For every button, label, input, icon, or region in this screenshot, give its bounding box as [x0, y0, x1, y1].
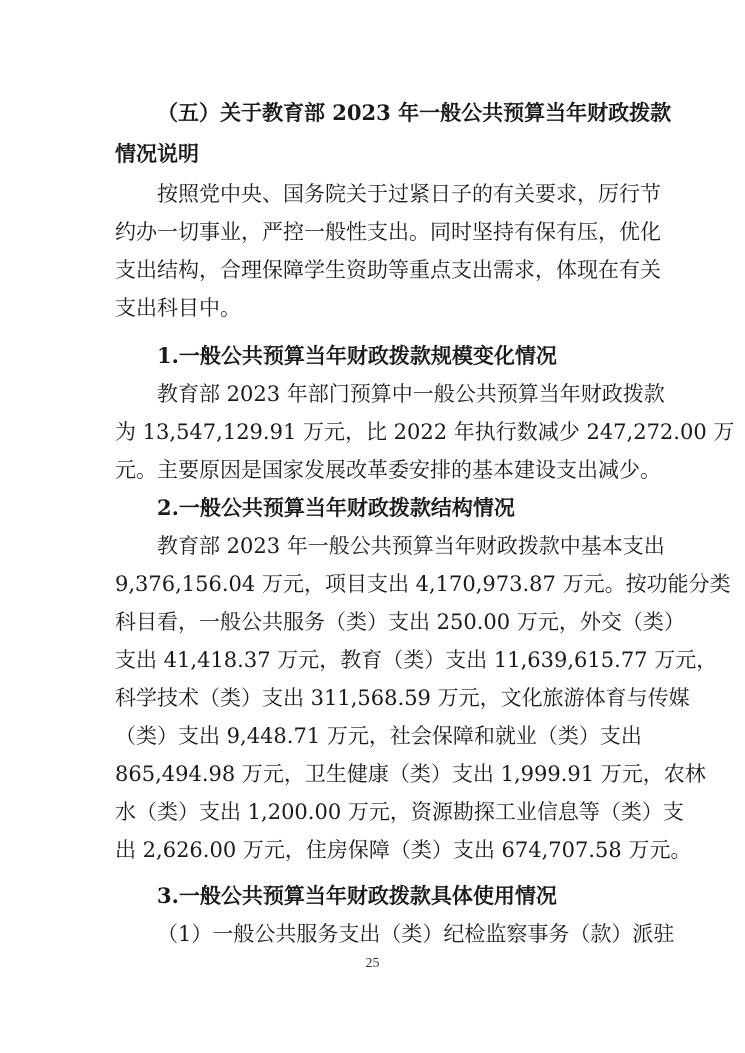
- subsection2-line: 9,376,156.04 万元，项目支出 4,170,973.87 万元。按功能…: [115, 571, 633, 597]
- subsection1-title: 1.一般公共预算当年财政拨款规模变化情况: [157, 343, 633, 369]
- subsection2-line: 科目看，一般公共服务（类）支出 250.00 万元，外交（类）: [115, 609, 633, 635]
- subsection1-line: 教育部 2023 年部门预算中一般公共预算当年财政拨款: [157, 381, 633, 407]
- section-heading-line1: （五）关于教育部 2023 年一般公共预算当年财政拨款: [157, 100, 633, 126]
- subsection3-title: 3.一般公共预算当年财政拨款具体使用情况: [157, 883, 633, 909]
- page-number: 25: [0, 956, 745, 972]
- subsection2-line: 科学技术（类）支出 311,568.59 万元，文化旅游体育与传媒: [115, 685, 633, 711]
- intro-paragraph-line: 按照党中央、国务院关于过紧日子的有关要求，厉行节: [157, 181, 633, 207]
- document-page: （五）关于教育部 2023 年一般公共预算当年财政拨款 情况说明 按照党中央、国…: [0, 0, 745, 1053]
- subsection2-line: 支出 41,418.37 万元，教育（类）支出 11,639,615.77 万元…: [115, 647, 633, 673]
- subsection2-line: 出 2,626.00 万元，住房保障（类）支出 674,707.58 万元。: [115, 837, 633, 863]
- subsection2-line: 865,494.98 万元，卫生健康（类）支出 1,999.91 万元，农林: [115, 761, 633, 787]
- section-heading-line2: 情况说明: [115, 141, 633, 167]
- intro-paragraph-line: 支出科目中。: [115, 295, 633, 321]
- subsection2-line: 水（类）支出 1,200.00 万元，资源勘探工业信息等（类）支: [115, 799, 633, 825]
- subsection2-line: （类）支出 9,448.71 万元，社会保障和就业（类）支出: [115, 723, 633, 749]
- subsection2-title: 2.一般公共预算当年财政拨款结构情况: [157, 495, 633, 521]
- subsection3-line: （1）一般公共服务支出（类）纪检监察事务（款）派驻: [157, 921, 633, 947]
- subsection1-line: 为 13,547,129.91 万元，比 2022 年执行数减少 247,272…: [115, 419, 633, 445]
- subsection1-line: 元。主要原因是国家发展改革委安排的基本建设支出减少。: [115, 457, 633, 483]
- subsection2-line: 教育部 2023 年一般公共预算当年财政拨款中基本支出: [157, 533, 633, 559]
- intro-paragraph-line: 约办一切事业，严控一般性支出。同时坚持有保有压，优化: [115, 219, 633, 245]
- intro-paragraph-line: 支出结构，合理保障学生资助等重点支出需求，体现在有关: [115, 257, 633, 283]
